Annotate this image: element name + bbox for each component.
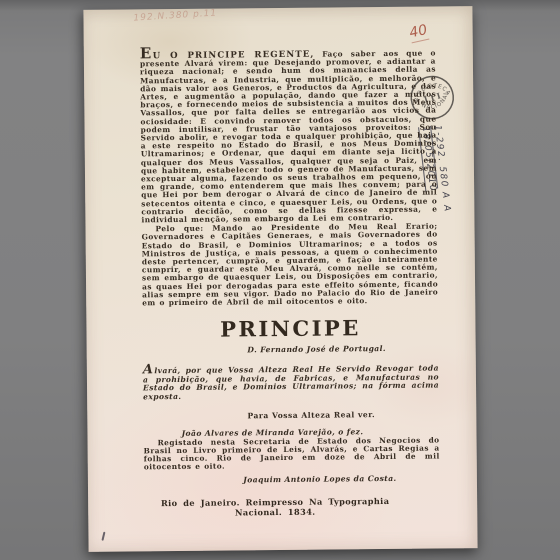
- registration-paragraph: Registado nesta Secretaria de Estado dos…: [144, 436, 440, 472]
- decree-paragraph-1-text: Faço saber aos que o presente Alvará vir…: [140, 48, 437, 224]
- alvara-summary-text: lvará, por que Vossa Alteza Real He Serv…: [143, 364, 439, 402]
- decree-paragraph-1: EU O PRINCIPE REGENTE, Faço saber aos qu…: [140, 46, 438, 224]
- page-title: PRINCIPE: [142, 315, 438, 343]
- call-number-suffix: A A: [440, 191, 452, 213]
- imprint-line: Rio de Janeiro. Reimpresso Na Typographi…: [144, 496, 440, 519]
- pencil-annotation: 192.N.380 p.11: [133, 8, 217, 23]
- stray-pen-mark: [101, 532, 105, 541]
- decree-paragraph-2: Pelo que: Mando ao Presidente do Meu Rea…: [141, 223, 438, 308]
- registrar-signature: Joaquim Antonio Lopes da Costa.: [144, 474, 440, 486]
- alvara-summary-paragraph: Alvará, por que Vossa Alteza Real He Ser…: [143, 364, 439, 402]
- handwritten-page-number: 40: [408, 22, 429, 43]
- presentation-line: Para Vossa Alteza Real ver.: [143, 409, 439, 421]
- signatory-name: D. Fernando José de Portugal.: [143, 344, 439, 356]
- photo-background: 192.N.380 p.11 40 BIBLIOTECA NACIONAL I …: [0, 0, 560, 560]
- printed-text-column: EU O PRINCIPE REGENTE, Faço saber aos qu…: [140, 46, 440, 518]
- document-page: 192.N.380 p.11 40 BIBLIOTECA NACIONAL I …: [83, 6, 477, 552]
